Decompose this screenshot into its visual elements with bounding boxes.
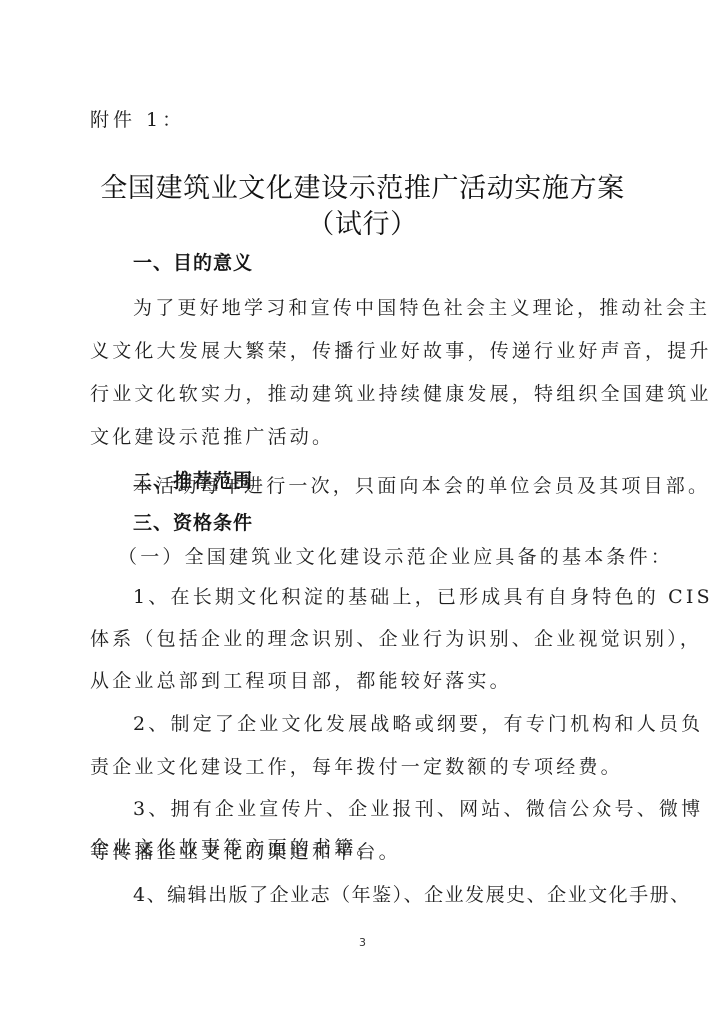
paragraph-line: 义文化大发展大繁荣，传播行业好故事，传递行业好声音，提升: [90, 339, 712, 363]
list-item-1: 1、在长期文化积淀的基础上，已形成具有自身特色的 CIS: [133, 585, 713, 609]
paragraph-line: 从企业总部到工程项目部，都能较好落实。: [90, 669, 512, 693]
paragraph-line: 本活动每年进行一次，只面向本会的单位会员及其项目部。: [133, 474, 710, 498]
attachment-label: 附件 1：: [90, 108, 185, 132]
list-item-3: 3、拥有企业宣传片、企业报刊、网站、微信公众号、微博: [133, 797, 703, 821]
section-heading-qualifications: 三、资格条件: [133, 511, 253, 535]
document-subtitle: （试行）: [0, 208, 725, 242]
page-number: 3: [0, 936, 725, 949]
paragraph-line: 责企业文化建设工作，每年拨付一定数额的专项经费。: [90, 755, 623, 779]
paragraph-line: 文化建设示范推广活动。: [90, 425, 334, 449]
paragraph-line: 行业文化软实力，推动建筑业持续健康发展，特组织全国建筑业: [90, 382, 712, 406]
list-item-2: 2、制定了企业文化发展战略或纲要，有专门机构和人员负: [133, 712, 703, 736]
paragraph-line: 企业文化故事等方面的书籍。: [90, 836, 379, 860]
subsection-heading: （一）全国建筑业文化建设示范企业应具备的基本条件：: [118, 545, 673, 569]
list-item-4: 4、编辑出版了企业志（年鉴）、企业发展史、企业文化手册、: [133, 883, 691, 907]
document-title: 全国建筑业文化建设示范推广活动实施方案: [0, 172, 725, 206]
section-heading-purpose: 一、目的意义: [133, 251, 253, 275]
document-page: 附件 1： 全国建筑业文化建设示范推广活动实施方案 （试行） 一、目的意义 为了…: [0, 0, 725, 1024]
paragraph-line: 体系（包括企业的理念识别、企业行为识别、企业视觉识别），: [90, 627, 702, 651]
paragraph-line: 为了更好地学习和宣传中国特色社会主义理论，推动社会主: [133, 296, 710, 320]
